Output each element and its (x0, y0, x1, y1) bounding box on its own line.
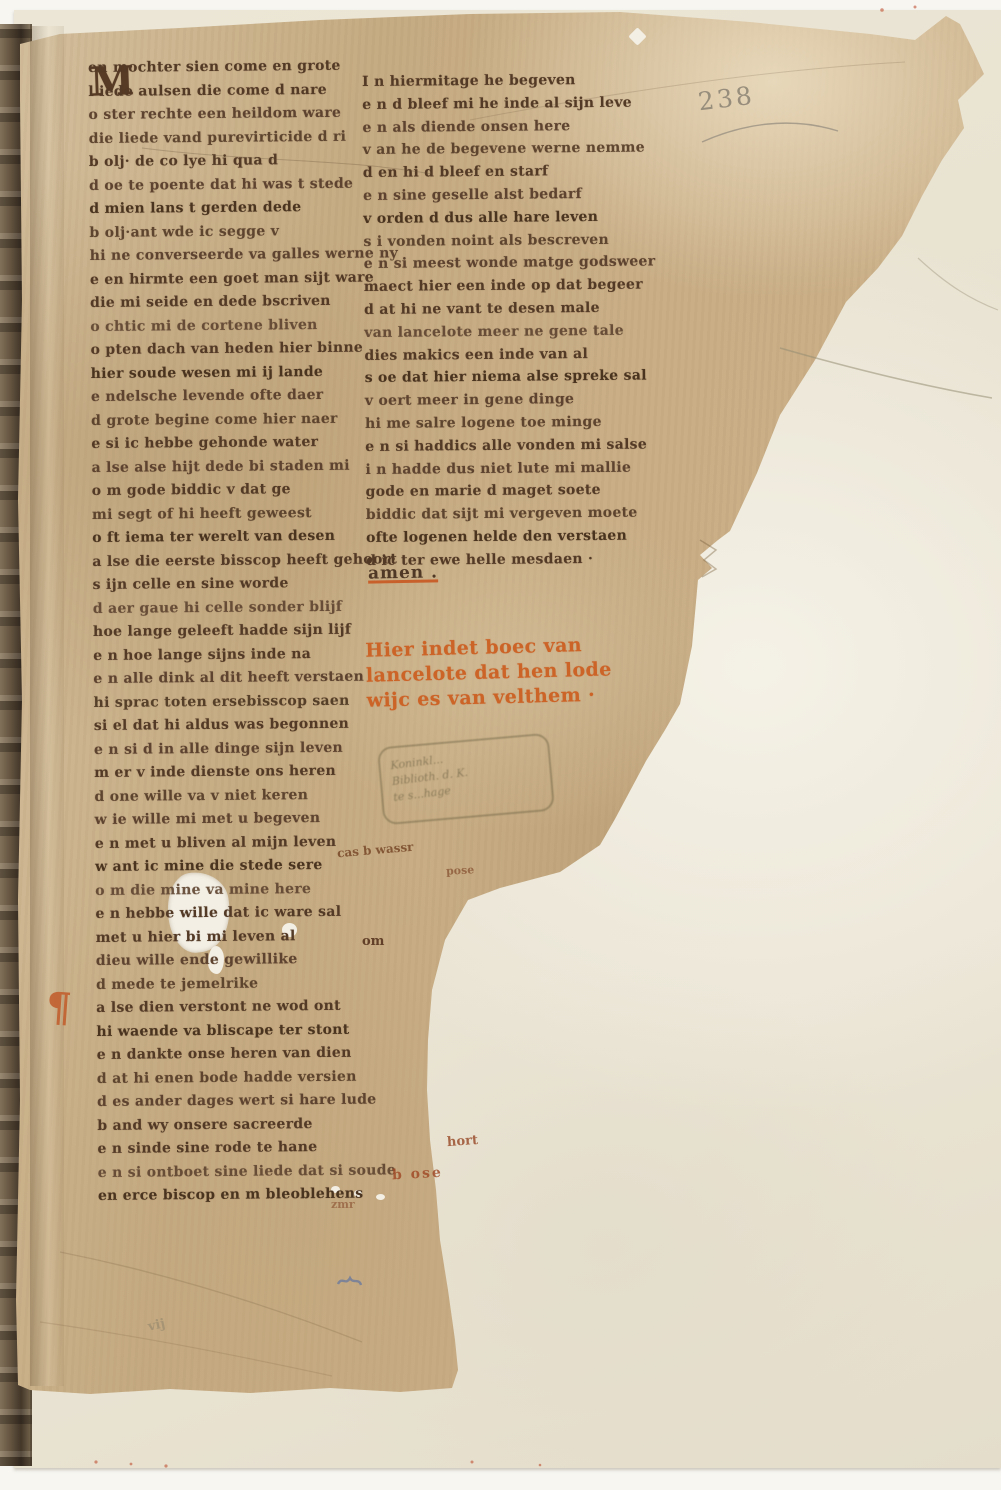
text-line: d es ander dages wert si hare lude (97, 1091, 397, 1117)
text-line: biddic dat sijt mi vergeven moete (366, 504, 676, 530)
text-line: a lse die eerste bisscop heeft gehoort (92, 551, 392, 577)
text-line: m er v inde dienste ons heren (94, 762, 394, 788)
text-line: si el dat hi aldus was begonnen (94, 715, 394, 741)
pen-trial-note: om (362, 934, 384, 949)
text-line: mi segt of hi heeft geweest (92, 504, 392, 530)
text-line: hier soude wesen mi ij lande (91, 363, 391, 389)
text-line: met u hier bi mi leven al (96, 927, 396, 953)
text-line: hoe lange geleeft hadde sijn lijf (93, 621, 393, 647)
text-line: hi me salre logene toe minge (365, 413, 675, 439)
text-line: e n sinde sine rode te hane (97, 1138, 397, 1164)
red-paraph-mark: ¶ (44, 983, 73, 1032)
text-line: b olj· de co lye hi qua d (89, 151, 389, 177)
pen-trial-note: hort (447, 1133, 479, 1150)
pen-trial-note: pose (446, 863, 475, 877)
text-line: d en hi d bleef en starf (363, 162, 673, 188)
manuscript-photo: M en mochter sien come en grotel iede au… (0, 0, 1001, 1490)
text-line: l iede aulsen die come d nare (88, 81, 388, 107)
text-line: ofte logenen helde den verstaen (366, 527, 676, 553)
text-line: d mien lans t gerden dede (89, 198, 389, 224)
text-line: a lse alse hijt dede bi staden mi (91, 457, 391, 483)
text-line: e n alle dink al dit heeft verstaen (93, 668, 393, 694)
text-line: e n si meest wonde matge godsweer (364, 254, 674, 280)
text-line: gode en marie d maget soete (366, 482, 676, 508)
text-line: o m die mine va mine here (95, 880, 395, 906)
text-line: I n hiermitage he begeven (362, 71, 672, 97)
text-line: die liede vand purevirticide d ri (89, 128, 389, 154)
gutter-shadow (30, 26, 64, 1386)
text-line: e si ic hebbe gehonde water (91, 433, 391, 459)
text-line: van lancelote meer ne gene tale (364, 322, 674, 348)
text-line: e n d bleef mi he inde al sijn leve (362, 94, 672, 120)
text-line: e en hirmte een goet man sijt ware (90, 269, 390, 295)
text-line: s i vonden noint als bescreven (363, 231, 673, 257)
text-line: e n hebbe wille dat ic ware sal (95, 903, 395, 929)
pen-trial-note: zmr (331, 1198, 355, 1211)
text-line: maect hier een inde op dat begeer (364, 276, 674, 302)
text-line: die mi seide en dede bscriven (90, 292, 390, 318)
text-line: d oe te poente dat hi was t stede (89, 175, 389, 201)
text-line: hi ne converseerde va galles werne ny (90, 245, 390, 271)
text-line: e n si haddics alle vonden mi salse (365, 436, 675, 462)
text-line: s oe dat hier niema alse spreke sal (365, 368, 675, 394)
text-line: i n hadde dus niet lute mi mallie (365, 459, 675, 485)
text-line: b olj·ant wde ic segge v (89, 222, 389, 248)
text-line: o chtic mi de cortene bliven (90, 316, 390, 342)
text-line: e n si d in alle dinge sijn leven (94, 739, 394, 765)
text-line: e n als diende onsen here (362, 117, 672, 143)
text-line: s ijn celle en sine worde (93, 574, 393, 600)
text-line: o pten dach van heden hier binne (90, 339, 390, 365)
text-line: dieu wille ende gewillike (96, 950, 396, 976)
text-line: hi sprac toten ersebisscop saen (94, 692, 394, 718)
text-line: dies makics een inde van al (364, 345, 674, 371)
text-line: d grote begine come hier naer (91, 410, 391, 436)
text-line: w ant ic mine die stede sere (95, 856, 395, 882)
text-line: e ndelsche levende ofte daer (91, 386, 391, 412)
text-line: v orden d dus alle hare leven (363, 208, 673, 234)
closing-word-amen: amen . (368, 562, 438, 583)
text-line: o ster rechte een heildom ware (88, 104, 388, 130)
text-line: b and wy onsere sacreerde (97, 1115, 397, 1141)
text-line: o m gode biddic v dat ge (92, 480, 392, 506)
text-line: d at hi ne vant te desen male (364, 299, 674, 325)
text-line: e n dankte onse heren van dien (97, 1044, 397, 1070)
text-line: d at hi enen bode hadde versien (97, 1068, 397, 1094)
right-text-column: I n hiermitage he begevene n d bleef mi … (362, 71, 676, 575)
text-line: a lse dien verstont ne wod ont (96, 997, 396, 1023)
text-line: v oert meer in gene dinge (365, 390, 675, 416)
text-line: e n sine geselle alst bedarf (363, 185, 673, 211)
text-line: hi waende va bliscape ter stont (96, 1021, 396, 1047)
text-line: d one wille va v niet keren (94, 786, 394, 812)
colophon-rubric: Hier indet boec vanlancelote dat hen lod… (365, 632, 657, 715)
text-line: o ft iema ter werelt van desen (92, 527, 392, 553)
text-line: d aer gaue hi celle sonder blijf (93, 598, 393, 624)
text-line: v an he de begevene werne nemme (363, 140, 673, 166)
pen-trial-note: b ose (392, 1165, 444, 1184)
text-line: d mede te jemelrike (96, 974, 396, 1000)
text-line: e n si ontboet sine liede dat si soude (98, 1162, 398, 1188)
left-text-column: en mochter sien come en grotel iede auls… (88, 57, 398, 1211)
text-line: e n hoe lange sijns inde na (93, 645, 393, 671)
library-stamp: Koninkl...Biblioth. d. K.te s...hage (377, 733, 555, 826)
text-line: w ie wille mi met u begeven (95, 809, 395, 835)
text-line: en mochter sien come en grote (88, 57, 388, 83)
